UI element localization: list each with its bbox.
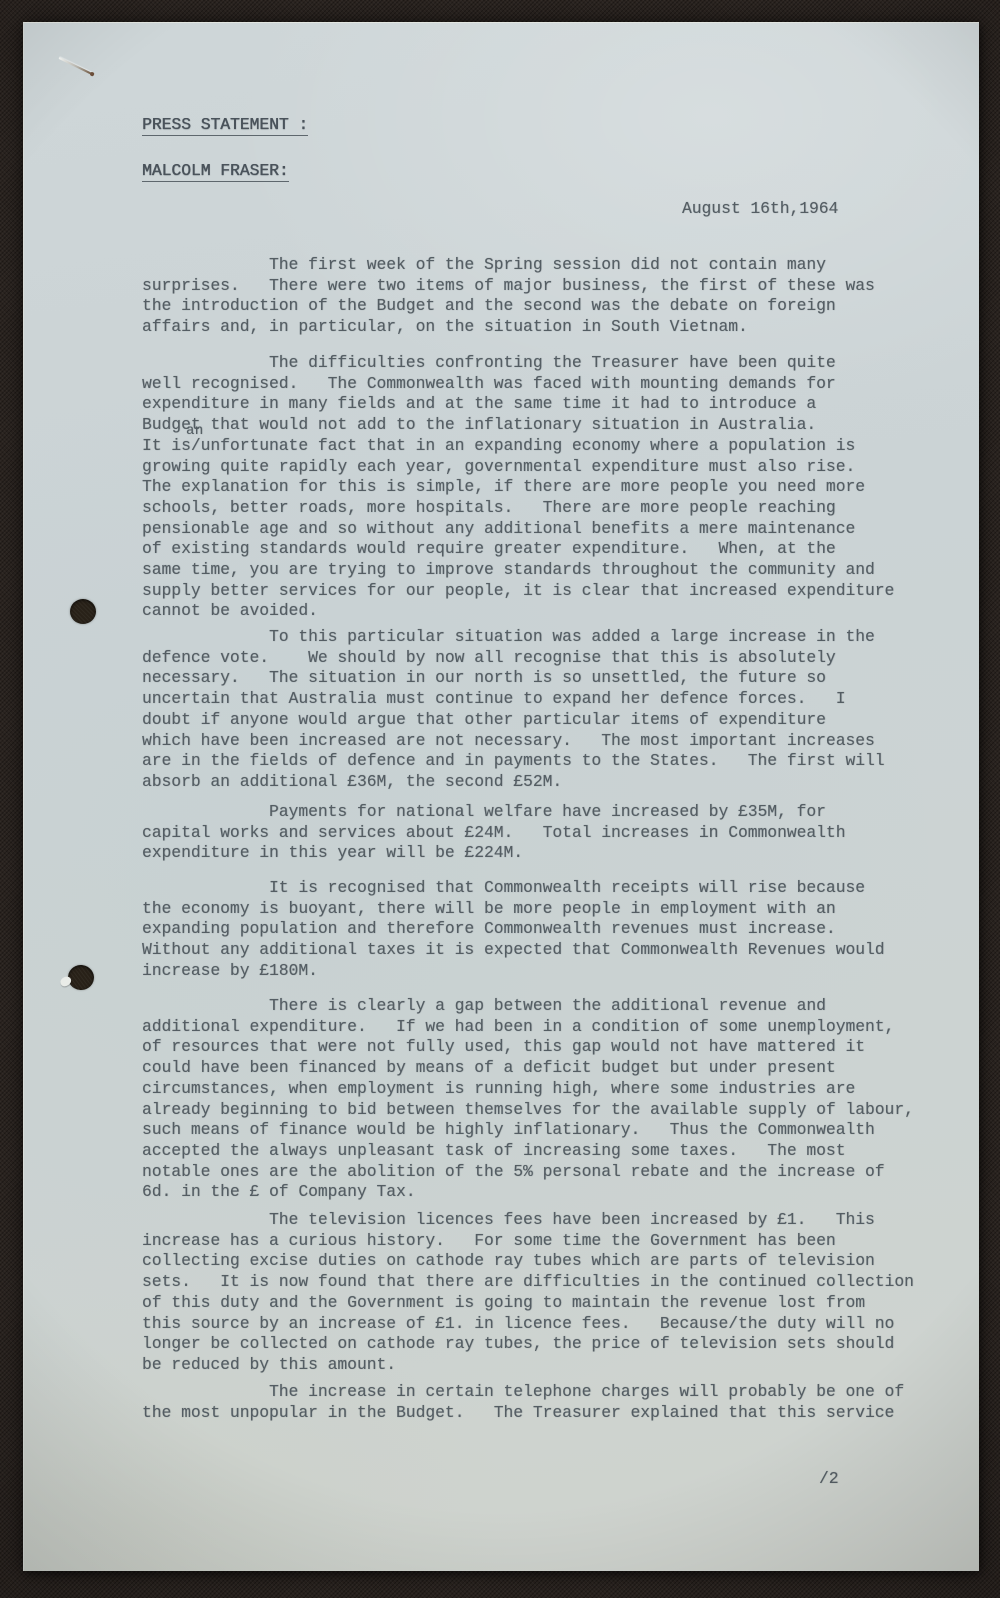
page-number: /2 — [819, 1469, 839, 1490]
paragraph-5-text: It is recognised that Commonwealth recei… — [142, 878, 885, 980]
paragraph-7: The television licences fees have been i… — [142, 1210, 914, 1376]
punch-hole-top — [70, 599, 96, 624]
paragraph-7-text: The television licences fees have been i… — [142, 1210, 914, 1374]
press-statement-heading-text: PRESS STATEMENT : — [142, 115, 308, 136]
paragraph-5: It is recognised that Commonwealth recei… — [142, 878, 885, 982]
typed-insertion-an: an — [186, 424, 204, 438]
date-line: August 16th,1964 — [682, 199, 838, 220]
paragraph-2: The difficulties confronting the Treasur… — [142, 353, 894, 622]
paragraph-6: There is clearly a gap between the addit… — [142, 996, 914, 1203]
author-heading: MALCOLM FRASER: — [142, 161, 289, 182]
author-heading-text: MALCOLM FRASER: — [142, 161, 289, 182]
press-statement-heading: PRESS STATEMENT : — [142, 115, 308, 136]
paragraph-4-text: Payments for national welfare have incre… — [142, 802, 845, 862]
staple-scratch-mark — [58, 57, 92, 75]
paragraph-8-text: The increase in certain telephone charge… — [142, 1382, 904, 1422]
paragraph-3: To this particular situation was added a… — [142, 627, 885, 793]
paragraph-1-text: The first week of the Spring session did… — [142, 255, 875, 336]
paragraph-1: The first week of the Spring session did… — [142, 255, 875, 338]
paragraph-8: The increase in certain telephone charge… — [142, 1382, 904, 1423]
punch-hole-bottom — [66, 963, 95, 991]
paragraph-3-text: To this particular situation was added a… — [142, 627, 885, 791]
paragraph-2-text: The difficulties confronting the Treasur… — [142, 353, 894, 620]
document-page: PRESS STATEMENT : MALCOLM FRASER: August… — [23, 22, 979, 1571]
paragraph-6-text: There is clearly a gap between the addit… — [142, 996, 914, 1201]
paragraph-4: Payments for national welfare have incre… — [142, 802, 845, 864]
